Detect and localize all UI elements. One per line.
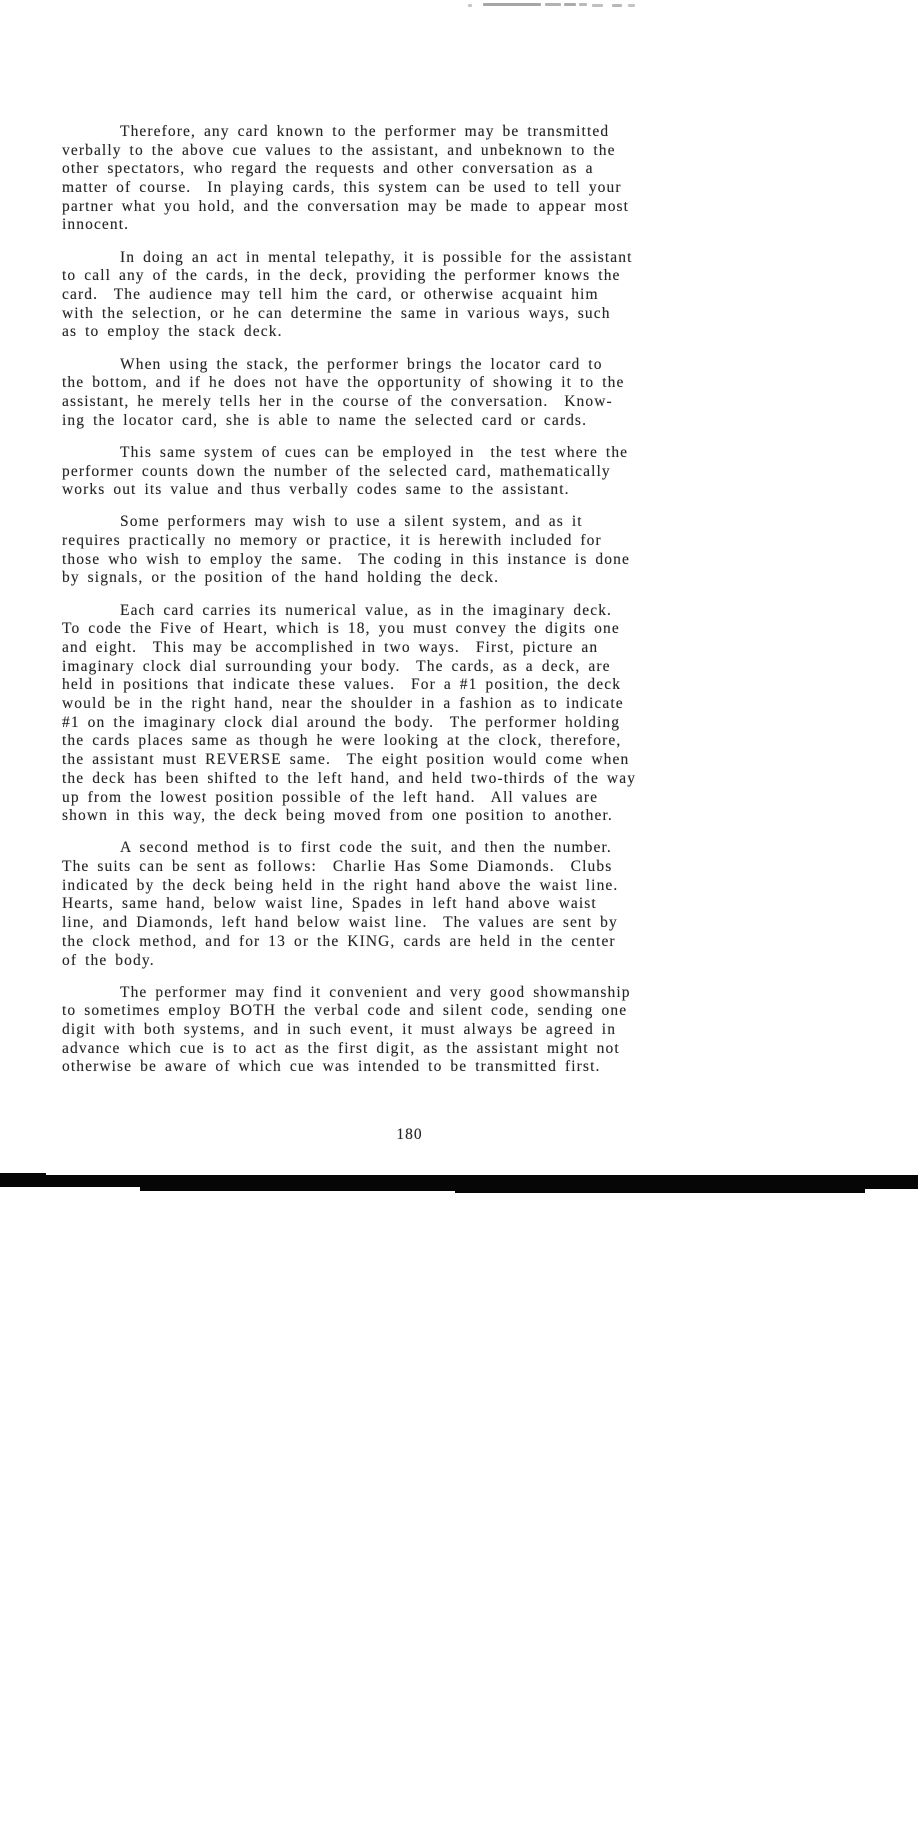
text-line: the bottom, and if he does not have the … <box>62 374 757 393</box>
text-line: would be in the right hand, near the sho… <box>62 695 757 714</box>
text-line: performer counts down the number of the … <box>62 463 757 482</box>
paragraph: The performer may find it convenient and… <box>62 984 757 1077</box>
scanned-page: Therefore, any card known to the perform… <box>0 0 918 1836</box>
text-line: those who wish to employ the same. The c… <box>62 551 757 570</box>
text-line: digit with both systems, and in such eve… <box>62 1021 757 1040</box>
text-line: by signals, or the position of the hand … <box>62 569 757 588</box>
text-line: Therefore, any card known to the perform… <box>62 123 757 142</box>
text-line: other spectators, who regard the request… <box>62 160 757 179</box>
text-line: To code the Five of Heart, which is 18, … <box>62 620 757 639</box>
text-line: ing the locator card, she is able to nam… <box>62 412 757 431</box>
paragraph: Therefore, any card known to the perform… <box>62 123 757 235</box>
text-line: Hearts, same hand, below waist line, Spa… <box>62 895 757 914</box>
paragraph: A second method is to first code the sui… <box>62 839 757 970</box>
text-line: imaginary clock dial surrounding your bo… <box>62 658 757 677</box>
text-line: When using the stack, the performer brin… <box>62 356 757 375</box>
text-line: In doing an act in mental telepathy, it … <box>62 249 757 268</box>
smudge-segment <box>545 3 561 6</box>
text-line: to sometimes employ BOTH the verbal code… <box>62 1002 757 1021</box>
text-line: assistant, he merely tells her in the co… <box>62 393 757 412</box>
smudge-segment <box>628 4 635 7</box>
text-line: the clock method, and for 13 or the KING… <box>62 933 757 952</box>
text-line: This same system of cues can be employed… <box>62 444 757 463</box>
paragraph: This same system of cues can be employed… <box>62 444 757 500</box>
text-line: held in positions that indicate these va… <box>62 676 757 695</box>
text-line: works out its value and thus verbally co… <box>62 481 757 500</box>
paragraph: Some performers may wish to use a silent… <box>62 513 757 588</box>
text-line: to call any of the cards, in the deck, p… <box>62 267 757 286</box>
smudge-segment <box>612 4 622 7</box>
smudge-segment <box>592 4 603 7</box>
text-line: advance which cue is to act as the first… <box>62 1040 757 1059</box>
page-number: 180 <box>62 1126 757 1144</box>
text-line: shown in this way, the deck being moved … <box>62 807 757 826</box>
text-line: of the body. <box>62 952 757 971</box>
text-line: A second method is to first code the sui… <box>62 839 757 858</box>
text-line: the cards places same as though he were … <box>62 732 757 751</box>
text-line: the assistant must REVERSE same. The eig… <box>62 751 757 770</box>
text-line: otherwise be aware of which cue was inte… <box>62 1058 757 1077</box>
text-line: requires practically no memory or practi… <box>62 532 757 551</box>
text-line: and eight. This may be accomplished in t… <box>62 639 757 658</box>
text-line: innocent. <box>62 216 757 235</box>
paragraph: In doing an act in mental telepathy, it … <box>62 249 757 342</box>
text-line: verbally to the above cue values to the … <box>62 142 757 161</box>
smudge-segment <box>483 3 541 6</box>
smudge-segment <box>468 4 472 7</box>
text-line: up from the lowest position possible of … <box>62 789 757 808</box>
text-line: the deck has been shifted to the left ha… <box>62 770 757 789</box>
paragraph: When using the stack, the performer brin… <box>62 356 757 431</box>
scan-bar-shape <box>0 1170 918 1196</box>
smudge-segment <box>564 3 576 6</box>
text-line: Some performers may wish to use a silent… <box>62 513 757 532</box>
paragraph: Each card carries its numerical value, a… <box>62 602 757 826</box>
text-line: The performer may find it convenient and… <box>62 984 757 1003</box>
text-line: partner what you hold, and the conversat… <box>62 198 757 217</box>
text-line: as to employ the stack deck. <box>62 323 757 342</box>
scan-artifact-bar <box>0 1170 918 1196</box>
text-line: line, and Diamonds, left hand below wais… <box>62 914 757 933</box>
smudge-segment <box>579 3 587 6</box>
text-line: matter of course. In playing cards, this… <box>62 179 757 198</box>
text-line: card. The audience may tell him the card… <box>62 286 757 305</box>
text-line: #1 on the imaginary clock dial around th… <box>62 714 757 733</box>
text-line: Each card carries its numerical value, a… <box>62 602 757 621</box>
text-line: The suits can be sent as follows: Charli… <box>62 858 757 877</box>
text-line: with the selection, or he can determine … <box>62 305 757 324</box>
page-text-block: Therefore, any card known to the perform… <box>62 123 757 1091</box>
text-line: indicated by the deck being held in the … <box>62 877 757 896</box>
